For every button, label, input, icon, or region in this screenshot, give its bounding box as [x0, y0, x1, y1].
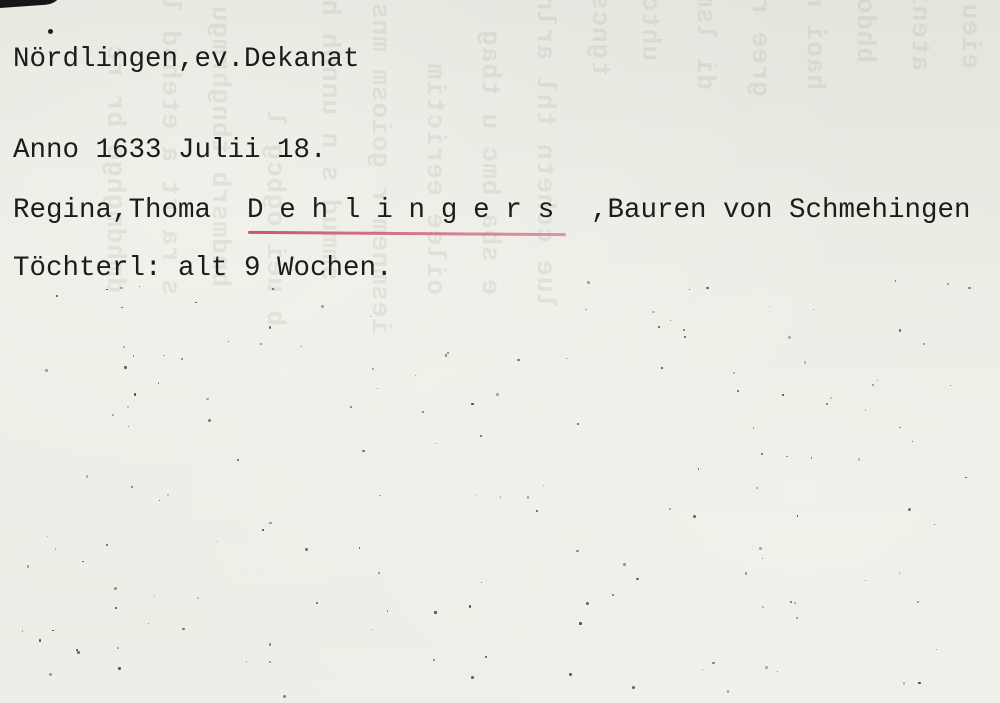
- dust-speck: [712, 662, 715, 665]
- dust-speck: [786, 456, 787, 457]
- dust-speck: [737, 390, 739, 392]
- dust-speck: [139, 286, 140, 287]
- bleed-column: tgncsmeaurtcmrabtle: [585, 0, 615, 76]
- dust-speck: [527, 496, 530, 499]
- dust-speck: [566, 358, 567, 359]
- given-names: Regina,Thoma: [13, 197, 211, 225]
- dust-speck: [246, 661, 247, 662]
- dust-speck: [182, 628, 184, 630]
- dust-speck: [237, 459, 239, 461]
- dust-speck: [579, 622, 582, 625]
- dust-speck: [56, 295, 58, 297]
- surname: Dehlingers: [247, 197, 570, 225]
- dust-speck: [689, 289, 690, 290]
- dust-speck: [796, 617, 798, 619]
- dust-speck: [123, 346, 124, 347]
- dust-speck: [693, 515, 696, 518]
- dust-speck: [669, 508, 670, 509]
- dust-speck: [965, 477, 967, 479]
- dust-speck: [811, 457, 813, 459]
- dust-speck: [485, 656, 487, 658]
- dust-speck: [76, 649, 77, 650]
- dust-speck: [658, 326, 661, 329]
- dust-speck: [587, 281, 590, 284]
- dust-speck: [197, 597, 199, 599]
- dust-speck: [269, 643, 272, 646]
- dust-speck: [167, 494, 169, 496]
- dust-speck: [698, 468, 700, 470]
- dust-speck: [27, 565, 30, 568]
- dust-speck: [476, 495, 477, 496]
- dust-speck: [387, 610, 388, 611]
- dust-speck: [934, 524, 935, 525]
- dust-speck: [163, 355, 165, 357]
- dust-speck: [260, 343, 262, 345]
- dust-speck: [55, 548, 56, 549]
- dust-speck: [733, 372, 735, 374]
- dust-speck: [912, 441, 913, 442]
- dust-speck: [117, 647, 119, 649]
- dust-speck: [158, 382, 160, 384]
- dust-speck: [576, 550, 579, 553]
- dust-speck: [895, 280, 896, 281]
- dust-speck: [445, 354, 447, 356]
- bleed-column: e sba bmc u tbag: [475, 29, 505, 295]
- dust-speck: [536, 510, 538, 512]
- dust-speck: [359, 547, 360, 548]
- dust-speck: [569, 673, 572, 676]
- bleed-column: lue cchetn thl arlnde: [530, 0, 560, 309]
- dust-speck: [612, 594, 614, 596]
- dust-speck: [652, 311, 654, 313]
- dust-speck: [86, 475, 88, 477]
- dust-speck: [300, 346, 302, 348]
- dust-speck: [124, 366, 126, 368]
- dust-speck: [469, 605, 471, 607]
- dust-speck: [131, 486, 133, 488]
- dust-speck: [661, 367, 663, 369]
- dust-speck: [121, 307, 122, 308]
- dust-speck: [762, 606, 764, 608]
- dust-speck: [684, 336, 686, 338]
- dust-speck: [82, 561, 84, 563]
- bleed-column: ateniumai dbiiirg: [905, 0, 935, 71]
- index-card: eieurd naiob bsdaiateniumai dbiiirg bhdo…: [0, 0, 1000, 703]
- dust-speck: [936, 649, 937, 650]
- dust-speck: [435, 443, 436, 444]
- dust-speck: [908, 508, 911, 511]
- dust-speck: [471, 676, 474, 679]
- surname-red-underline: [248, 231, 566, 236]
- dust-speck: [623, 563, 626, 566]
- dust-speck: [761, 453, 763, 455]
- dust-speck: [52, 630, 53, 631]
- dust-speck: [917, 601, 919, 603]
- dust-speck: [45, 369, 48, 372]
- dust-speck: [830, 397, 832, 399]
- bleed-column: bhdotsgb ueiuacogdna: [850, 0, 880, 63]
- dust-speck: [788, 336, 791, 339]
- dust-speck: [826, 403, 828, 405]
- dust-speck: [804, 361, 807, 364]
- child-description: Töchterl: alt 9 Wochen.: [13, 255, 393, 283]
- dust-speck: [434, 611, 437, 614]
- bleed-column: oilee eerictim: [420, 63, 450, 295]
- dust-speck: [577, 423, 579, 425]
- dust-speck: [471, 403, 474, 406]
- dust-speck: [106, 544, 108, 546]
- dust-speck: [228, 341, 229, 342]
- dust-speck: [872, 384, 874, 386]
- dust-speck: [797, 515, 798, 516]
- dust-speck: [372, 368, 374, 370]
- dust-speck: [517, 359, 520, 362]
- dust-speck: [22, 630, 23, 631]
- dust-speck: [968, 287, 971, 290]
- dust-speck: [269, 326, 272, 329]
- dust-speck: [794, 602, 796, 604]
- dust-speck: [321, 305, 324, 308]
- bleed-column: haoi nm oees i: [800, 0, 830, 90]
- dust-speck: [745, 572, 748, 575]
- dust-speck: [195, 302, 196, 303]
- dust-speck: [269, 661, 271, 663]
- dust-speck: [447, 352, 449, 354]
- dust-speck: [813, 309, 814, 310]
- dust-speck: [377, 388, 378, 389]
- dust-speck: [134, 393, 136, 395]
- dust-speck: [899, 427, 900, 428]
- dust-speck: [350, 406, 352, 408]
- dust-speck: [47, 536, 49, 538]
- dust-speck: [759, 547, 762, 550]
- dust-speck: [159, 500, 161, 502]
- dust-speck: [39, 639, 42, 642]
- dust-speck: [372, 629, 373, 630]
- bleed-column: uhtceist ic no h: [635, 0, 665, 61]
- dust-speck: [206, 398, 209, 401]
- dust-speck: [790, 601, 792, 603]
- dust-speck: [316, 602, 317, 603]
- dust-speck: [632, 686, 635, 689]
- occupation-place: ,Bauren von Schmehingen: [591, 197, 971, 225]
- dust-speck: [923, 343, 924, 344]
- dust-speck: [115, 607, 117, 609]
- dust-speck: [120, 287, 123, 290]
- dust-speck: [305, 548, 307, 550]
- dust-speck: [77, 651, 79, 653]
- dust-speck: [283, 695, 286, 698]
- dust-speck: [118, 667, 121, 670]
- dust-speck: [370, 316, 371, 317]
- bleed-column: eieurd naiob bsdai: [955, 0, 985, 69]
- dust-speck: [727, 690, 729, 692]
- dust-speck: [585, 309, 586, 310]
- scan-edge-shadow: [0, 0, 66, 9]
- dust-speck: [636, 578, 638, 580]
- dust-speck: [130, 466, 131, 467]
- dust-speck: [753, 427, 754, 428]
- record-date: Anno 1633 Julii 18.: [13, 137, 327, 165]
- dust-speck: [148, 623, 149, 624]
- dust-speck: [415, 375, 416, 376]
- dust-speck: [433, 659, 435, 661]
- dust-speck: [769, 306, 770, 307]
- dust-speck: [154, 596, 155, 597]
- parish-header: Nördlingen,ev.Dekanat: [13, 46, 360, 74]
- ink-dot: [48, 29, 53, 34]
- dust-speck: [422, 411, 424, 413]
- dust-speck: [496, 393, 499, 396]
- bleed-column: iesmnem r goiosm mns: [365, 2, 395, 334]
- dust-speck: [865, 409, 866, 410]
- dust-speck: [378, 572, 380, 574]
- dust-speck: [500, 496, 501, 497]
- dust-speck: [950, 385, 951, 386]
- dust-speck: [765, 666, 768, 669]
- dust-speck: [481, 582, 482, 583]
- dust-speck: [112, 414, 114, 416]
- dust-speck: [127, 406, 129, 408]
- dust-speck: [782, 394, 783, 395]
- dust-speck: [756, 487, 758, 489]
- dust-speck: [670, 320, 671, 321]
- dust-speck: [918, 682, 920, 684]
- dust-speck: [877, 380, 878, 381]
- dust-speck: [379, 495, 381, 497]
- dust-speck: [128, 426, 129, 427]
- dust-speck: [865, 580, 866, 581]
- dust-speck: [362, 450, 365, 453]
- dust-speck: [269, 522, 272, 525]
- dust-speck: [702, 669, 703, 670]
- dust-speck: [858, 458, 861, 461]
- dust-speck: [181, 358, 183, 360]
- dust-speck: [586, 602, 589, 605]
- dust-speck: [762, 558, 763, 559]
- dust-speck: [208, 419, 211, 422]
- dust-speck: [899, 572, 901, 574]
- dust-speck: [706, 287, 708, 289]
- dust-speck: [133, 355, 135, 357]
- dust-speck: [899, 329, 901, 331]
- dust-speck: [683, 329, 685, 331]
- dust-speck: [480, 435, 481, 436]
- bleed-column: di lsmig iddnt l an: [690, 0, 720, 90]
- dust-speck: [947, 283, 949, 285]
- dust-speck: [114, 587, 117, 590]
- dust-speck: [543, 485, 544, 486]
- dust-speck: [777, 671, 778, 672]
- dust-speck: [216, 541, 218, 543]
- dust-speck: [262, 529, 264, 531]
- dust-speck: [49, 673, 52, 676]
- bleed-column: gree r illedcicim: [745, 0, 775, 97]
- dust-speck: [903, 682, 905, 684]
